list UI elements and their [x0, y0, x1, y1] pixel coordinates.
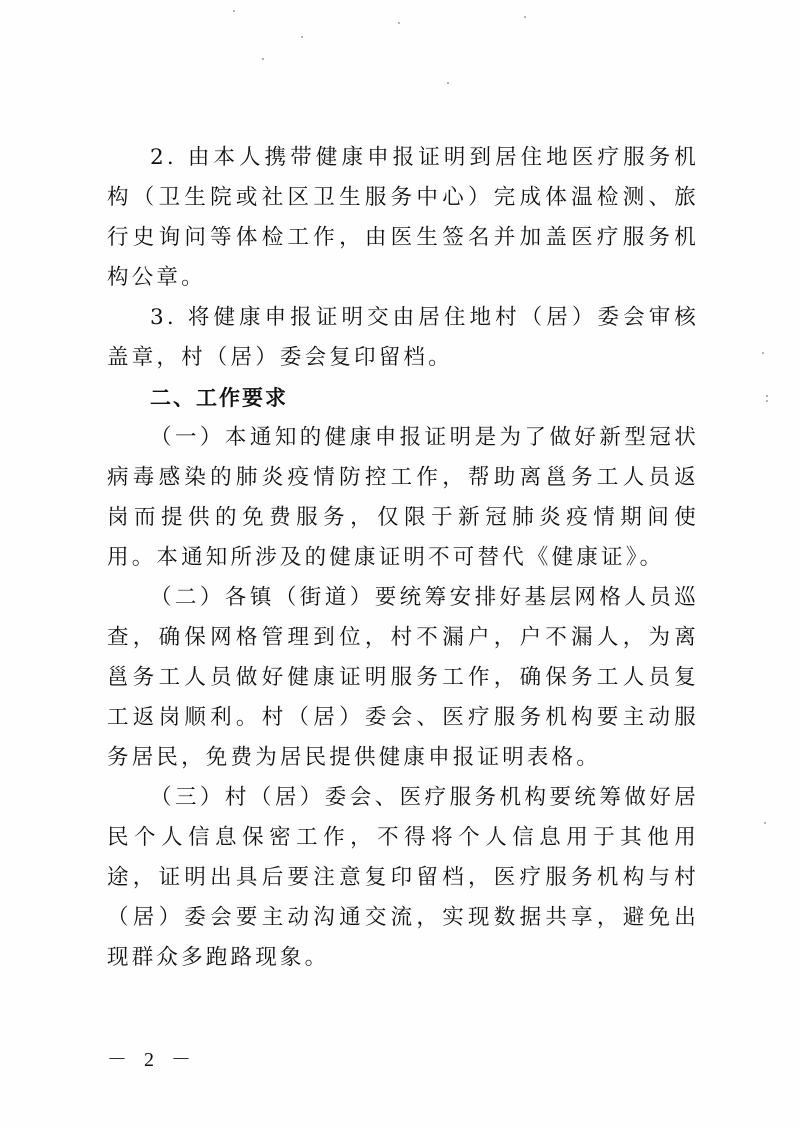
scan-speck	[447, 82, 449, 84]
scan-speck	[262, 58, 264, 60]
document-body: 2. 由本人携带健康申报证明到居住地医疗服务机构（卫生院或社区卫生服务中心）完成…	[107, 138, 699, 978]
scan-speck	[398, 22, 400, 24]
section-heading-work-requirements: 二、工作要求	[107, 378, 699, 418]
scan-speck	[233, 10, 235, 12]
scan-speck	[524, 16, 526, 18]
paragraph-item-3: 3. 将健康申报证明交由居住地村（居）委会审核盖章，村（居）委会复印留档。	[107, 298, 699, 378]
page-number: － 2 －	[107, 1043, 197, 1072]
scan-speck	[766, 400, 768, 402]
scan-speck	[301, 36, 303, 38]
scan-speck	[762, 352, 764, 354]
paragraph-requirement-2: （二）各镇（街道）要统筹安排好基层网格人员巡查，确保网格管理到位，村不漏户，户不…	[107, 578, 699, 778]
paragraph-requirement-1: （一）本通知的健康申报证明是为了做好新型冠状病毒感染的肺炎疫情防控工作，帮助离邕…	[107, 418, 699, 578]
scan-speck	[764, 822, 766, 824]
document-page: 2. 由本人携带健康申报证明到居住地医疗服务机构（卫生院或社区卫生服务中心）完成…	[0, 0, 800, 1128]
scan-speck	[766, 395, 768, 397]
paragraph-item-2: 2. 由本人携带健康申报证明到居住地医疗服务机构（卫生院或社区卫生服务中心）完成…	[107, 138, 699, 298]
paragraph-requirement-3: （三）村（居）委会、医疗服务机构要统筹做好居民个人信息保密工作，不得将个人信息用…	[107, 778, 699, 978]
